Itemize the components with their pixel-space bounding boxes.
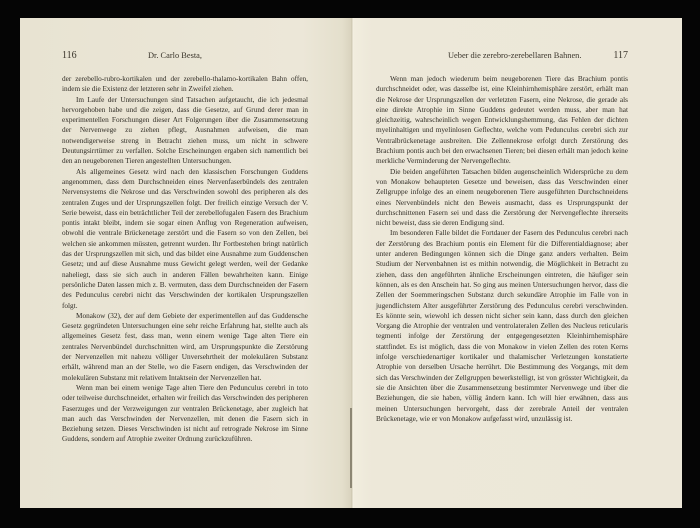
paragraph: Wenn man jedoch wiederum beim neugeboren… [376, 74, 628, 167]
running-head: Dr. Carlo Besta, [148, 51, 202, 60]
book-spread: 116 Dr. Carlo Besta, der zerebello-rubro… [20, 18, 682, 508]
paragraph: Im besonderen Falle bildet die Fortdauer… [376, 228, 628, 424]
right-page: Ueber die zerebro-zerebellaren Bahnen. 1… [352, 18, 682, 508]
left-page-body: der zerebello-rubro-kortikalen und der z… [62, 74, 308, 445]
paragraph: der zerebello-rubro-kortikalen und der z… [62, 74, 308, 95]
page-number: 117 [613, 50, 628, 61]
paragraph: Monakow (32), der auf dem Gebiete der ex… [62, 311, 308, 383]
right-page-body: Wenn man jedoch wiederum beim neugeboren… [376, 74, 628, 424]
paragraph: Wenn man bei einem wenige Tage alten Tie… [62, 383, 308, 445]
running-head: Ueber die zerebro-zerebellaren Bahnen. [448, 51, 581, 60]
page-number: 116 [62, 50, 77, 61]
paragraph: Im Laufe der Untersuchungen sind Tatsach… [62, 95, 308, 167]
paragraph: Die beiden angeführten Tatsachen bilden … [376, 167, 628, 229]
left-page: 116 Dr. Carlo Besta, der zerebello-rubro… [20, 18, 352, 508]
paragraph: Als allgemeines Gesetz wird nach den kla… [62, 167, 308, 311]
gutter-tear [350, 408, 352, 488]
